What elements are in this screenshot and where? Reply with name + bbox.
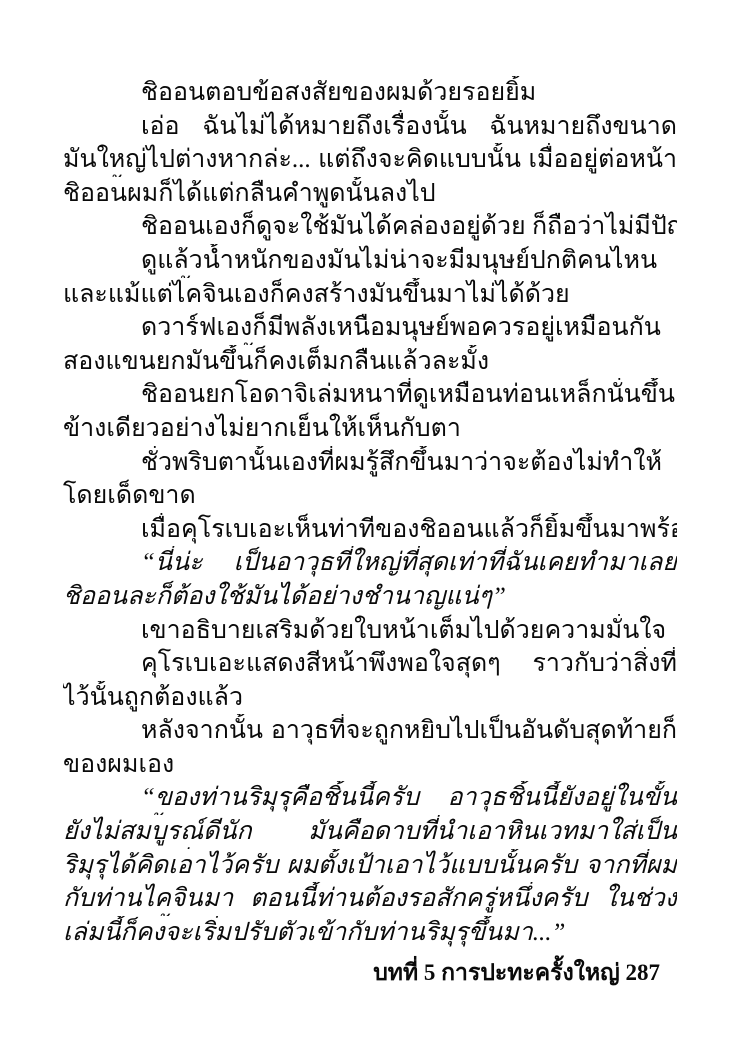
text-line: ของผมเอง [63,748,677,782]
text-line: ชิออนเองก็ดูจะใช้มันได้คล่องอยู่ด้วย ก็ถ… [63,210,677,244]
text-line: คุโรเบเอะแสดงสีหน้าพึงพอใจสุดๆ ราวกับว่า… [63,647,677,681]
text-line: ดูแล้วน้ำหนักของมันไม่น่าจะมีมนุษย์ปกติค… [63,244,677,278]
text-line: เล่มนี้ก็คงจะเริ่มปรับตัวเข้ากับท่านริมุ… [63,916,677,950]
text-line: “ของท่านริมุรุคือชิ้นนี้ครับ อาวุธชิ้นนี… [63,781,677,815]
text-line: ดวาร์ฟเองก็มีพลังเหนือมนุษย์พอควรอยู่เหม… [63,311,677,345]
text-line: หลังจากนั้น อาวุธที่จะถูกหยิบไปเป็นอันดั… [63,714,677,748]
text-line: กับท่านไคจินมา ตอนนี้ท่านต้องรอสักครู่หน… [63,882,677,916]
text-line: “นี่น่ะ เป็นอาวุธที่ใหญ่ที่สุดเท่าที่ฉัน… [63,546,677,580]
text-line: ยังไม่สมบูรณ์ดีนัก มันคือดาบที่นำเอาหินเ… [63,815,677,849]
text-line: มันใหญ่ไปต่างหากล่ะ... แต่ถึงจะคิดแบบนั้… [63,143,677,177]
text-line: โดยเด็ดขาด [63,479,677,513]
text-line: เอ่อ ฉันไม่ได้หมายถึงเรื่องนั้น ฉันหมายถ… [63,110,677,144]
page-body-text: ชิออนตอบข้อสงสัยของผมด้วยรอยยิ้มเอ่อ ฉัน… [63,76,677,949]
text-line: เขาอธิบายเสริมด้วยใบหน้าเต็มไปด้วยความมั… [63,614,677,648]
text-line: ไว้นั้นถูกต้องแล้ว [63,681,677,715]
text-line: เมื่อคุโรเบเอะเห็นท่าทีของชิออนแล้วก็ยิ้… [63,513,677,547]
text-line: ชั่วพริบตานั้นเองที่ผมรู้สึกขึ้นมาว่าจะต… [63,446,677,480]
text-line: ชิออนตอบข้อสงสัยของผมด้วยรอยยิ้ม [63,76,677,110]
book-page: ชิออนตอบข้อสงสัยของผมด้วยรอยยิ้มเอ่อ ฉัน… [0,0,738,1051]
text-line: ริมุรุได้คิดเอาไว้ครับ ผมตั้งเป้าเอาไว้แ… [63,849,677,883]
text-line: ชิออนยกโอดาจิเล่มหนาที่ดูเหมือนท่อนเหล็ก… [63,378,677,412]
text-line: สองแขนยกมันขึ้นก็คงเต็มกลืนแล้วละมั้ง [63,345,677,379]
text-line: ชิออนผมก็ได้แต่กลืนคำพูดนั้นลงไป [63,177,677,211]
text-line: ข้างเดียวอย่างไม่ยากเย็นให้เห็นกับตา [63,412,677,446]
page-footer: บทที่ 5 การปะทะครั้งใหญ่ 287 [373,956,660,990]
chapter-page-label: บทที่ 5 การปะทะครั้งใหญ่ 287 [373,960,660,985]
text-line: ชิออนละก็ต้องใช้มันได้อย่างชำนาญแน่ๆ” [63,580,677,614]
text-line: และแม้แต่ไคจินเองก็คงสร้างมันขึ้นมาไม่ได… [63,278,677,312]
